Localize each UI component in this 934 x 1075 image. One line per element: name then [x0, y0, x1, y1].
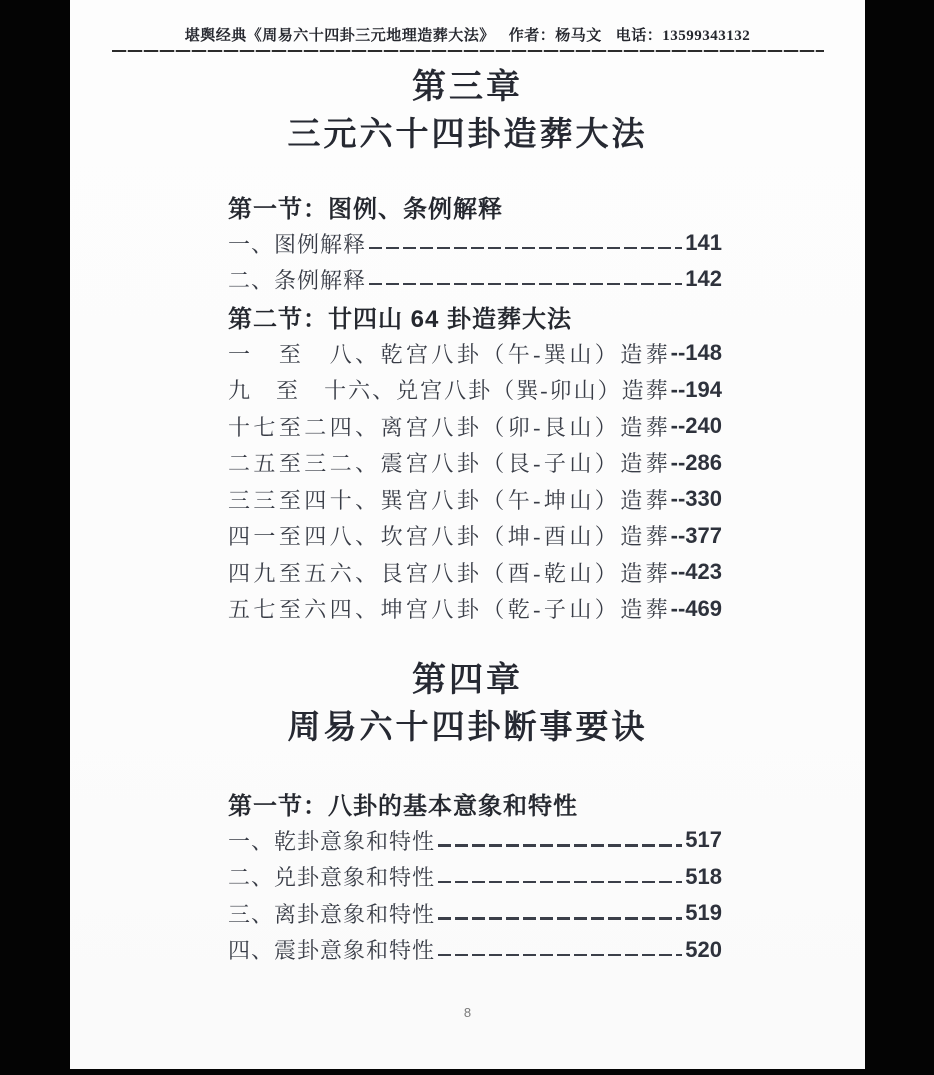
chapter-4-block: 第四章 周易六十四卦断事要诀 第一节：八卦的基本意象和特性 一、乾卦意象和特性 …: [70, 661, 865, 968]
toc-entry: 二五至三二、震宫八卦（艮-子山）造葬--286: [228, 445, 722, 482]
toc-entry-label: 五七至六四、坤宫八卦（乾-子山）造葬: [228, 593, 669, 624]
toc-entry-page: 469: [685, 596, 722, 622]
dash-connector: --: [671, 596, 686, 622]
chapter-3-toc: 第一节：图例、条例解释 一、图例解释 141 二、条例解释 142 第二节：廿四…: [228, 195, 722, 627]
toc-entry-page: 520: [685, 937, 722, 963]
toc-entry: 九 至 十六、兑宫八卦（巽-卯山）造葬--194: [228, 372, 722, 409]
section-heading-legend: 第一节：图例、条例解释: [228, 195, 722, 225]
toc-entry: 二、条例解释 142: [228, 261, 722, 297]
toc-entry: 一、乾卦意象和特性 517: [228, 822, 722, 859]
dash-connector: --: [671, 486, 686, 512]
toc-entry-label: 三、离卦意象和特性: [228, 898, 435, 929]
scan-border-left: [0, 0, 70, 1075]
toc-entry-page: 142: [685, 266, 722, 292]
page-content: 堪舆经典《周易六十四卦三元地理造葬大法》作者：杨马文电话：13599343132…: [70, 0, 865, 1069]
phone-label: 电话：13599343132: [616, 28, 751, 44]
chapter-4-title: 周易六十四卦断事要诀: [70, 708, 865, 746]
toc-entry-page: 517: [685, 827, 722, 853]
author-label: 作者：杨马文: [509, 28, 602, 44]
toc-entry-page: 518: [685, 864, 722, 890]
section-heading-bagua: 第一节：八卦的基本意象和特性: [228, 792, 722, 822]
toc-entry: 二、兑卦意象和特性 518: [228, 859, 722, 896]
dash-connector: --: [671, 413, 686, 439]
toc-entry: 三、离卦意象和特性 519: [228, 895, 722, 932]
header-divider: [112, 50, 824, 52]
toc-entry: 四一至四八、坎宫八卦（坤-酉山）造葬--377: [228, 518, 722, 555]
dash-connector: --: [671, 450, 686, 476]
dash-leader: [438, 954, 682, 957]
scanned-book-page: 堪舆经典《周易六十四卦三元地理造葬大法》作者：杨马文电话：13599343132…: [0, 0, 934, 1075]
toc-entry-page: 377: [685, 523, 722, 549]
toc-entry-page: 519: [685, 900, 722, 926]
chapter-3-title: 三元六十四卦造葬大法: [70, 115, 865, 153]
toc-entry-label: 二、条例解释: [228, 264, 366, 295]
dash-leader: [438, 844, 682, 847]
scan-border-right: [865, 0, 934, 1075]
toc-entry-page: 194: [685, 377, 722, 403]
toc-entry: 四九至五六、艮宫八卦（酉-乾山）造葬--423: [228, 554, 722, 591]
toc-entry: 十七至二四、离宫八卦（卯-艮山）造葬--240: [228, 408, 722, 445]
page-number: 8: [70, 1005, 865, 1020]
scan-border-bottom: [0, 1069, 934, 1075]
toc-entry-label: 一 至 八、乾宫八卦（午-巽山）造葬: [228, 338, 669, 369]
toc-entry-label: 四、震卦意象和特性: [228, 934, 435, 965]
chapter-3-block: 第三章 三元六十四卦造葬大法 第一节：图例、条例解释 一、图例解释 141 二、…: [70, 68, 865, 627]
dash-connector: --: [671, 340, 686, 366]
toc-entry-label: 二、兑卦意象和特性: [228, 861, 435, 892]
toc-entry: 三三至四十、巽宫八卦（午-坤山）造葬--330: [228, 481, 722, 518]
toc-entry-label: 十七至二四、离宫八卦（卯-艮山）造葬: [228, 411, 669, 442]
toc-entry: 四、震卦意象和特性 520: [228, 932, 722, 969]
toc-entry-page: 240: [685, 413, 722, 439]
book-title: 堪舆经典《周易六十四卦三元地理造葬大法》: [185, 28, 495, 44]
toc-entry-label: 一、图例解释: [228, 228, 366, 259]
dash-leader: [438, 881, 682, 884]
chapter-4-toc: 第一节：八卦的基本意象和特性 一、乾卦意象和特性 517 二、兑卦意象和特性 5…: [228, 792, 722, 968]
dash-connector: --: [671, 377, 686, 403]
running-header: 堪舆经典《周易六十四卦三元地理造葬大法》作者：杨马文电话：13599343132: [70, 24, 865, 46]
toc-entry-label: 二五至三二、震宫八卦（艮-子山）造葬: [228, 447, 669, 478]
toc-entry-page: 330: [685, 486, 722, 512]
dash-leader: [369, 283, 682, 286]
toc-entry: 五七至六四、坤宫八卦（乾-子山）造葬--469: [228, 591, 722, 628]
chapter-4-number: 第四章: [70, 661, 865, 699]
toc-entry: 一、图例解释 141: [228, 225, 722, 261]
toc-entry-label: 三三至四十、巽宫八卦（午-坤山）造葬: [228, 484, 669, 515]
toc-entry-label: 九 至 十六、兑宫八卦（巽-卯山）造葬: [228, 374, 669, 405]
chapter-3-number: 第三章: [70, 68, 865, 106]
toc-entry-page: 148: [685, 340, 722, 366]
toc-entry-page: 141: [685, 230, 722, 256]
toc-entry-label: 四九至五六、艮宫八卦（酉-乾山）造葬: [228, 557, 669, 588]
dash-leader: [438, 917, 682, 920]
toc-entry: 一 至 八、乾宫八卦（午-巽山）造葬--148: [228, 335, 722, 372]
dash-connector: --: [671, 559, 686, 585]
toc-entry-label: 四一至四八、坎宫八卦（坤-酉山）造葬: [228, 520, 669, 551]
section-heading-24mountains: 第二节：廿四山 64 卦造葬大法: [228, 305, 722, 335]
toc-entry-label: 一、乾卦意象和特性: [228, 825, 435, 856]
dash-connector: --: [671, 523, 686, 549]
toc-entry-page: 423: [685, 559, 722, 585]
toc-entry-page: 286: [685, 450, 722, 476]
dash-leader: [369, 247, 682, 250]
